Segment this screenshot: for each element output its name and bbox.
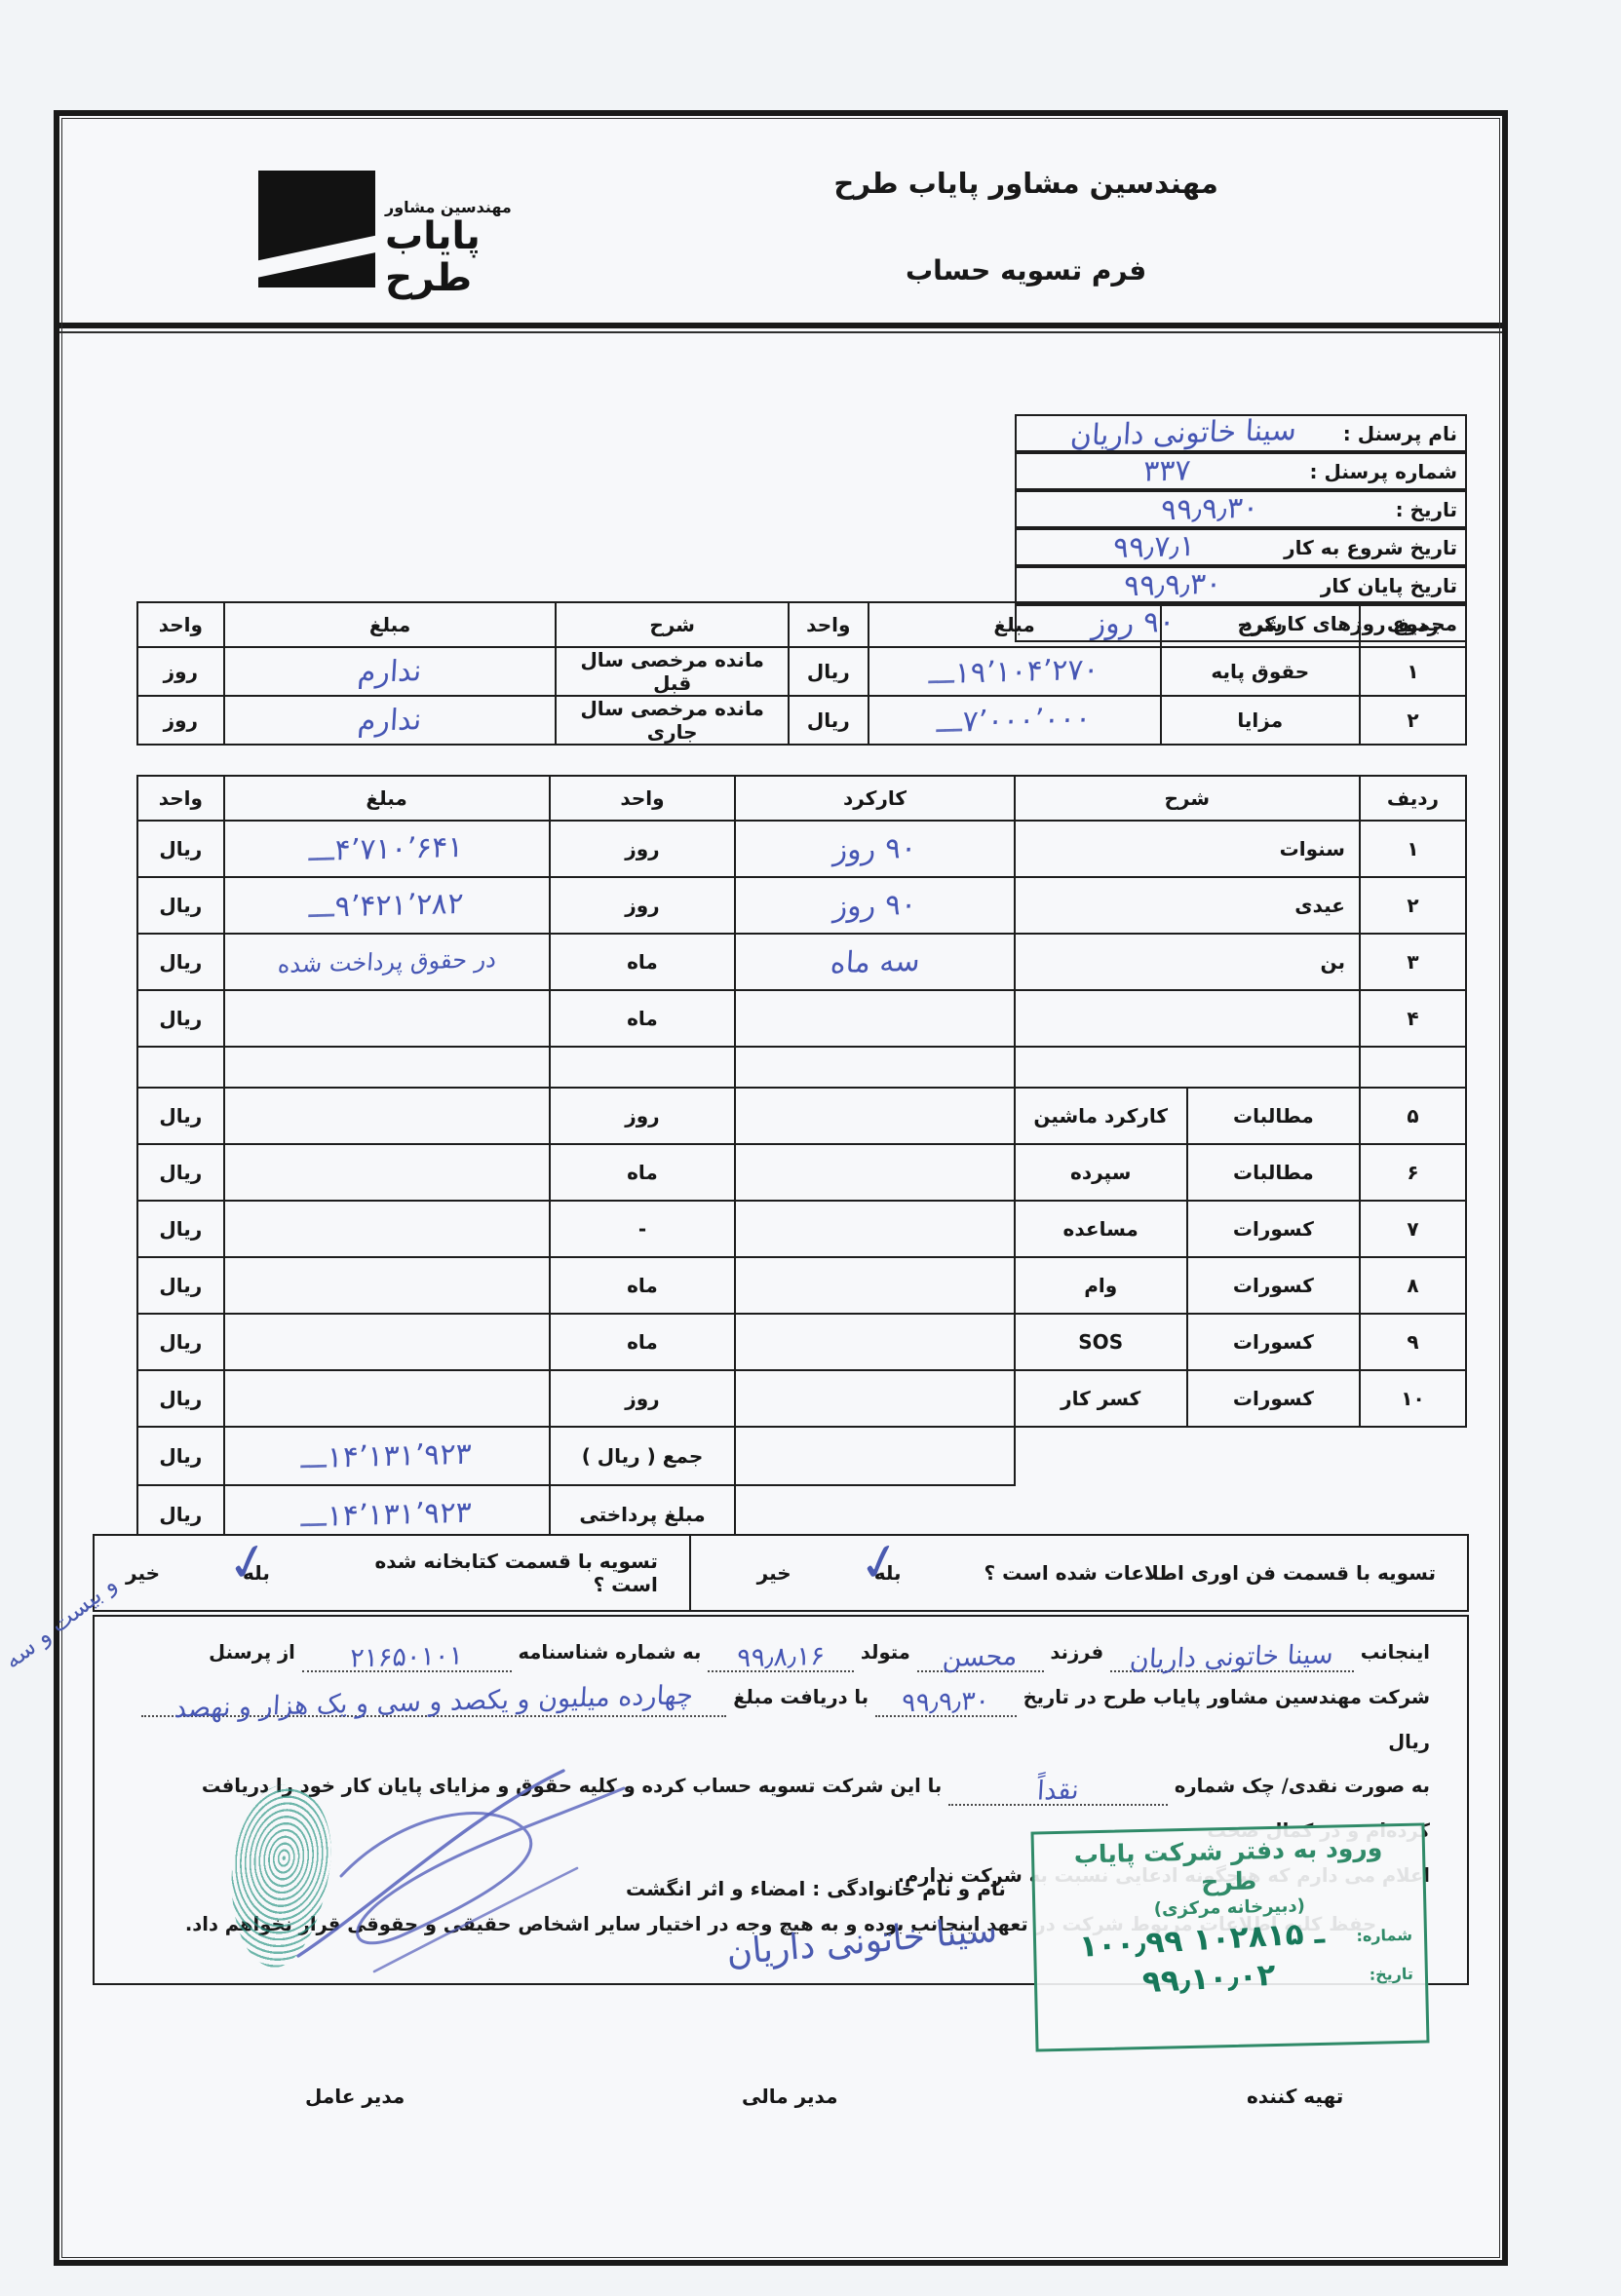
row-no: ۶ [1360,1144,1466,1201]
clearance-it-question: تسویه با قسمت فن اوری اطلاعات شده است ؟ [984,1561,1437,1585]
col-header-unit: واحد [789,602,868,647]
row-no: ۵ [1360,1088,1466,1144]
personnel-number-label: شماره پرسنل : [1310,460,1457,483]
clearance-library-no: خیر [126,1561,160,1585]
declaration-line1: اینجانب سینا خاتونی داریان فرزند محسن مت… [132,1630,1430,1675]
handwritten-work: ۹۰ روز [832,830,917,866]
row-work [735,1370,1014,1427]
signature [285,1751,655,2005]
handwritten-name: سینا خاتونی داریان [1130,1641,1334,1673]
handwritten-amount: ۱۹٬۱۰۴٬۲۷۰ [928,652,1100,691]
row-category: کسورات [1187,1201,1360,1257]
col-header-unit2: واحد [137,776,224,821]
static-text: ریال [1388,1731,1430,1753]
clearance-library-question: تسویه با قسمت کتابخانه شده است ؟ [353,1550,658,1596]
table-row: ۸ کسورات وام ماه ریال [137,1257,1466,1314]
row-no: ۹ [1360,1314,1466,1370]
form-date-value: ۹۹٫۹٫۳۰ [1160,491,1259,528]
row-unit: ریال [789,647,868,696]
handwritten-amount: ۹٬۴۲۱٬۲۸۲ [308,886,464,924]
row-amount: ۹٬۴۲۱٬۲۸۲ [224,877,550,934]
form-sheet: مهندسین مشاور پایاب طرح مهندسین مشاور پا… [54,110,1508,2266]
row-unit2: ریال [137,990,224,1047]
row-item: کسر کار [1015,1370,1187,1427]
start-date-label: تاریخ شروع به کار [1284,536,1457,559]
birth-blank: ۹۹٫۸٫۱۶ [708,1644,854,1672]
row-unit: ماه [550,934,736,990]
row-unit2: ریال [137,1088,224,1144]
clearance-strip: تسویه با قسمت فن اوری اطلاعات شده است ؟ … [93,1534,1469,1612]
row-desc2: مانده مرخصی سال جاری [556,696,789,745]
row-no: ۸ [1360,1257,1466,1314]
row-amount2: ندارم [224,647,557,696]
handwritten-birth-date: ۹۹٫۸٫۱۶ [736,1643,826,1671]
row-amount [224,1088,550,1144]
row-unit2: ریال [137,934,224,990]
row-item: SOS [1015,1314,1187,1370]
stamp-title: ورود به دفتر شرکت پایاب طرح [1046,1832,1411,1901]
father-blank: محسن [917,1644,1044,1672]
empty-cell [1015,1047,1360,1088]
row-work: ۹۰ روز [735,877,1014,934]
table-row: ۱۰ کسورات کسر کار روز ریال [137,1370,1466,1427]
handwritten-id: ۲۱۶۵۰۱۰۱ [349,1642,464,1671]
static-text: به صورت نقدی/ چک شماره [1175,1775,1430,1797]
row-category: کسورات [1187,1314,1360,1370]
row-item: عیدی [1015,877,1360,934]
clearance-library: تسویه با قسمت کتابخانه شده است ؟ بله ✓ خ… [95,1536,691,1610]
personnel-name-value: سینا خاتونی داریان [1069,414,1297,452]
handwritten-payment-method: نقداً [1036,1778,1079,1805]
col-header-amount2: مبلغ [224,602,557,647]
total-row: جمع ( ریال ) ۱۴٬۱۳۱٬۹۲۳ ریال [137,1427,1466,1485]
row-item: کارکرد ماشین [1015,1088,1187,1144]
row-amount [224,990,550,1047]
col-header-desc: شرح [1161,602,1360,647]
row-unit: - [550,1201,736,1257]
row-amount [224,1144,550,1201]
row-item: سپرده [1015,1144,1187,1201]
cheque-number-blank: نقداً [948,1778,1168,1806]
logo-large-text: پایاب طرح [385,216,580,300]
row-unit: ماه [550,1144,736,1201]
row-item: وام [1015,1257,1187,1314]
row-amount: در حقوق پرداخت شده [224,934,550,990]
empty-cell [735,1047,1014,1088]
handwritten-note: در حقوق پرداخت شده [277,945,497,978]
row-no: ۱ [1360,647,1466,696]
table-row: ۷ کسورات مساعده - ریال [137,1201,1466,1257]
handwritten-father: محسن [942,1643,1018,1671]
col-header-unit: واحد [550,776,736,821]
table-row: ۲ عیدی ۹۰ روز روز ۹٬۴۲۱٬۲۸۲ ریال [137,877,1466,934]
static-text: متولد [861,1641,910,1664]
row-amount: ۴٬۷۱۰٬۶۴۱ [224,821,550,877]
end-date-value: ۹۹٫۹٫۳۰ [1123,567,1222,604]
row-no: ۱ [1360,821,1466,877]
handwritten-amount: ۷٬۰۰۰٬۰۰۰ [936,701,1092,739]
row-item: سنوات [1015,821,1360,877]
table-row: نام پرسنل : سینا خاتونی داریان شماره پرس… [136,414,1467,528]
row-work [735,1314,1014,1370]
row-work [735,1144,1014,1201]
row-category: مطالبات [1187,1088,1360,1144]
registry-stamp: ورود به دفتر شرکت پایاب طرح (دبیرخانه مر… [1030,1822,1429,2051]
row-no: ۲ [1360,877,1466,934]
col-header-amount: مبلغ [224,776,550,821]
col-header-desc: شرح [1015,776,1360,821]
row-work: سه ماه [735,934,1014,990]
row-amount2: ندارم [224,696,557,745]
row-desc: مزایا [1161,696,1360,745]
col-header-work: کارکرد [735,776,1014,821]
handwritten-amount-words: چهارده میلیون و یکصد و سی و یک هزار و نه… [174,1682,695,1722]
row-no: ۳ [1360,934,1466,990]
empty-cell [550,1047,736,1088]
stamp-number-row: شماره: ۱۰۰٫۹۹ ـ ۱۰۲۸۱۵ [1048,1917,1413,1960]
row-item: بن [1015,934,1360,990]
handwritten-note: ندارم [357,654,423,690]
row-unit2: ریال [137,877,224,934]
handwritten-note: ندارم [357,703,423,739]
row-amount: ۷٬۰۰۰٬۰۰۰ [868,696,1161,745]
table-row: ۹ کسورات SOS ماه ریال [137,1314,1466,1370]
signatory-footer: تهیه کننده مدیر مالی مدیر عامل [59,2085,1502,2124]
personnel-number-cell: شماره پرسنل : ۳۳۷ [1015,452,1467,490]
total-label: جمع ( ریال ) [550,1427,736,1485]
stamp-number-label: شماره: [1356,1926,1412,1945]
table-row: ۳ بن سه ماه ماه در حقوق پرداخت شده ریال [137,934,1466,990]
benefits-table: ردیف شرح کارکرد واحد مبلغ واحد ۱ سنوات ۹… [136,775,1467,1545]
table-row: ۴ ماه ریال [137,990,1466,1047]
row-unit2: ریال [137,1201,224,1257]
col-header-unit2: واحد [137,602,224,647]
table-header-row: ردیف شرح مبلغ واحد شرح مبلغ واحد [137,602,1466,647]
clearance-library-yes: بله ✓ [243,1561,270,1585]
row-work [735,990,1014,1047]
row-amount [224,1201,550,1257]
row-unit2: روز [137,696,224,745]
row-amount [224,1370,550,1427]
table-row: ۲ مزایا ۷٬۰۰۰٬۰۰۰ ریال مانده مرخصی سال ج… [137,696,1466,745]
end-date-label: تاریخ پایان کار [1321,574,1457,597]
checkmark-icon: ✓ [221,1530,275,1596]
settle-date-blank: ۹۹٫۹٫۳۰ [875,1689,1017,1717]
row-no: ۴ [1360,990,1466,1047]
static-text: فرزند [1050,1641,1103,1664]
row-category: کسورات [1187,1257,1360,1314]
empty-cell [1360,1047,1466,1088]
static-text: به شماره شناسنامه [518,1641,701,1664]
name-blank: سینا خاتونی داریان [1110,1644,1354,1672]
empty-cell [224,1047,550,1088]
total-unit: ریال [137,1427,224,1485]
personnel-number-value: ۳۳۷ [1142,453,1191,488]
clearance-it-yes: بله ✓ [874,1561,902,1585]
col-header-desc2: شرح [556,602,789,647]
handwritten-amount: ۴٬۷۱۰٬۶۴۱ [308,829,464,867]
handwritten-work: ۹۰ روز [832,887,917,923]
form-title: فرم تسویه حساب [607,254,1444,287]
row-unit2: ریال [137,1144,224,1201]
scanned-settlement-form: و بیست و سه مهندسین مشاور پایاب طرح مهند… [0,0,1621,2296]
form-header: مهندسین مشاور پایاب طرح مهندسین مشاور پا… [59,116,1502,328]
row-work [735,1201,1014,1257]
table-row: ۱ سنوات ۹۰ روز روز ۴٬۷۱۰٬۶۴۱ ریال [137,821,1466,877]
handwritten-work: سه ماه [830,943,921,979]
start-date-value: ۹۹٫۷٫۱ [1112,529,1196,565]
col-header-row: ردیف [1360,776,1466,821]
row-no: ۷ [1360,1201,1466,1257]
static-text: از پرسنل [209,1641,295,1664]
empty-cell [735,1427,1014,1485]
id-blank: ۲۱۶۵۰۱۰۱ [302,1644,512,1672]
company-logo-icon [258,171,375,287]
row-category: مطالبات [1187,1144,1360,1201]
start-date-cell: تاریخ شروع به کار ۹۹٫۷٫۱ [1015,528,1467,566]
row-no: ۱۰ [1360,1370,1466,1427]
stamp-number-value: ۱۰۰٫۹۹ ـ ۱۰۲۸۱۵ [1078,1915,1326,1964]
handwritten-amount: ۱۴٬۱۳۱٬۹۲۳ [300,1495,472,1534]
stamp-date-label: تاریخ: [1370,1965,1414,1984]
row-no: ۲ [1360,696,1466,745]
personnel-name-cell: نام پرسنل : سینا خاتونی داریان [1015,414,1467,452]
checkmark-icon: ✓ [853,1530,907,1596]
row-unit: ماه [550,1257,736,1314]
personnel-name-label: نام پرسنل : [1343,422,1457,445]
row-work: ۹۰ روز [735,821,1014,877]
spacer-row [137,1047,1466,1088]
row-work [735,1088,1014,1144]
static-text: با دریافت مبلغ [733,1686,868,1708]
logo-wordmark: مهندسین مشاور پایاب طرح [385,198,580,300]
row-unit: روز [550,821,736,877]
row-unit: روز [550,1088,736,1144]
clearance-it: تسویه با قسمت فن اوری اطلاعات شده است ؟ … [691,1536,1467,1610]
row-desc: حقوق پایه [1161,647,1360,696]
table-row: ۱ حقوق پایه ۱۹٬۱۰۴٬۲۷۰ ریال مانده مرخصی … [137,647,1466,696]
row-item: مساعده [1015,1201,1187,1257]
stamp-date-value: ۹۹٫۱۰٫۰۲ [1141,1957,1277,2000]
row-unit2: روز [137,647,224,696]
row-unit: ماه [550,990,736,1047]
row-unit: روز [550,877,736,934]
handwritten-amount: ۱۴٬۱۳۱٬۹۲۳ [300,1436,472,1475]
row-desc2: مانده مرخصی سال قبل [556,647,789,696]
col-header-amount: مبلغ [868,602,1161,647]
salary-table: ردیف شرح مبلغ واحد شرح مبلغ واحد ۱ حقوق … [136,601,1467,746]
handwritten-settle-date: ۹۹٫۹٫۳۰ [901,1688,990,1716]
row-unit2: ریال [137,1257,224,1314]
row-category: کسورات [1187,1370,1360,1427]
row-work [735,1257,1014,1314]
static-text: شرکت مهندسین مشاور پایاب طرح در تاریخ [1023,1686,1430,1708]
row-unit2: ریال [137,821,224,877]
row-item [1015,990,1360,1047]
company-title: مهندسین مشاور پایاب طرح [607,167,1444,200]
table-row: ۶ مطالبات سپرده ماه ریال [137,1144,1466,1201]
end-date-cell: تاریخ پایان کار ۹۹٫۹٫۳۰ [1015,566,1467,604]
row-amount [224,1257,550,1314]
row-unit: ماه [550,1314,736,1370]
logo-slash-shape [258,231,375,280]
row-unit: روز [550,1370,736,1427]
row-amount [224,1314,550,1370]
open-area [1015,1427,1466,1485]
total-amount: ۱۴٬۱۳۱٬۹۲۳ [224,1427,550,1485]
table-header-row: ردیف شرح کارکرد واحد مبلغ واحد [137,776,1466,821]
row-unit2: ریال [137,1370,224,1427]
ceo-label: مدیر عامل [305,2085,405,2108]
row-unit2: ریال [137,1314,224,1370]
form-date-cell: تاریخ : ۹۹٫۹٫۳۰ [1015,490,1467,528]
amount-words-blank: چهارده میلیون و یکصد و سی و یک هزار و نه… [141,1689,726,1717]
col-header-row: ردیف [1360,602,1466,647]
static-text: اینجانب [1361,1641,1430,1664]
finance-manager-label: مدیر مالی [742,2085,838,2108]
form-date-label: تاریخ : [1396,498,1457,521]
clearance-it-no: خیر [757,1561,791,1585]
preparer-label: تهیه کننده [1247,2085,1343,2108]
empty-cell [137,1047,224,1088]
table-row: ۵ مطالبات کارکرد ماشین روز ریال [137,1088,1466,1144]
row-unit: ریال [789,696,868,745]
row-amount: ۱۹٬۱۰۴٬۲۷۰ [868,647,1161,696]
